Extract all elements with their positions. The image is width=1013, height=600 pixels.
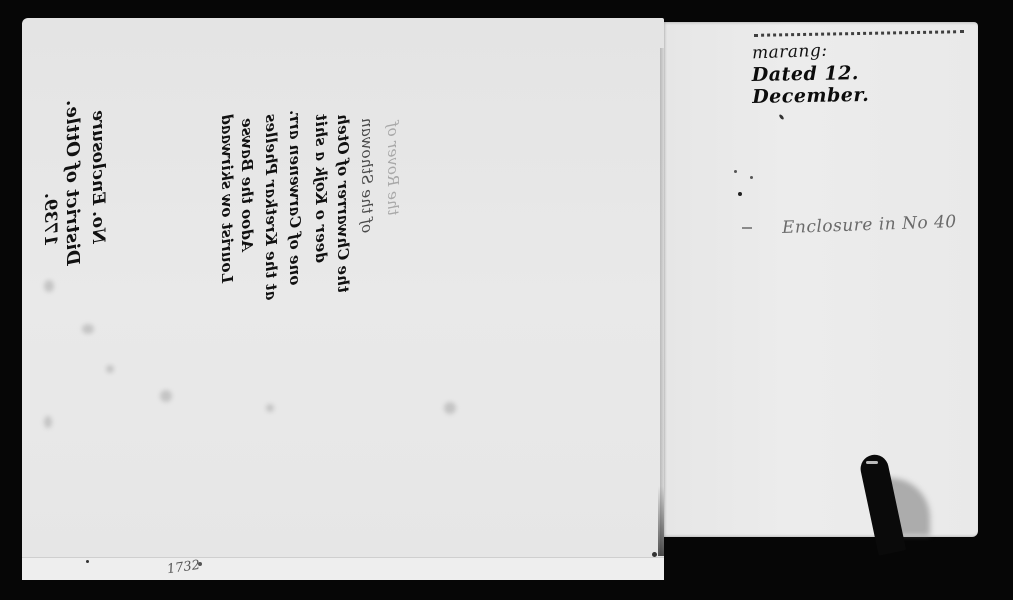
docket-number: 1739. xyxy=(40,193,60,246)
page-fold-edge xyxy=(660,48,664,556)
body-column-2: Adoo the Bawse xyxy=(238,118,256,251)
smudge xyxy=(266,404,274,412)
pencil-dash xyxy=(742,227,752,229)
clip-highlight xyxy=(866,461,878,464)
faint-column-2: the Rover of xyxy=(384,122,402,216)
body-column-6: the Chwarrer of Oteh xyxy=(334,114,352,293)
enclosure-pencil-note: Enclosure in No 40 xyxy=(782,212,957,238)
body-column-4: one of Carwenen arr. xyxy=(286,110,304,285)
right-page-line-1: marang: xyxy=(752,41,828,64)
body-column-5: deer o Kojk a shit xyxy=(312,114,330,263)
docket-line-1: District of Ottle. xyxy=(62,100,83,266)
body-column-1: Lourist ow skirwaad xyxy=(218,114,236,283)
ink-speck xyxy=(750,176,753,179)
smudge xyxy=(106,365,114,373)
ink-speck xyxy=(198,562,202,566)
smudge xyxy=(44,416,52,428)
smudge xyxy=(44,280,54,292)
smudge xyxy=(82,324,94,334)
ink-speck xyxy=(652,552,657,557)
smudge xyxy=(160,390,172,402)
ink-speck xyxy=(734,170,737,173)
left-page: 1739. District of Ottle. No. Enclosure L… xyxy=(22,18,664,580)
ink-speck xyxy=(778,114,784,121)
right-page-cropped-top-line xyxy=(754,20,964,37)
right-page: marang: Dated 12. December. Enclosure in… xyxy=(662,22,978,537)
page-bottom-margin xyxy=(22,557,664,580)
faint-column-1: of the Sthowan xyxy=(358,118,376,233)
right-page-date-line: Dated 12. December. xyxy=(752,60,979,108)
page-fold-shadow xyxy=(658,486,664,556)
ink-speck xyxy=(738,192,742,196)
ink-speck xyxy=(86,560,89,563)
docket-line-2: No. Enclosure xyxy=(88,110,108,244)
smudge xyxy=(444,402,456,414)
body-column-3: at the Kretkar Phelles xyxy=(262,114,280,300)
